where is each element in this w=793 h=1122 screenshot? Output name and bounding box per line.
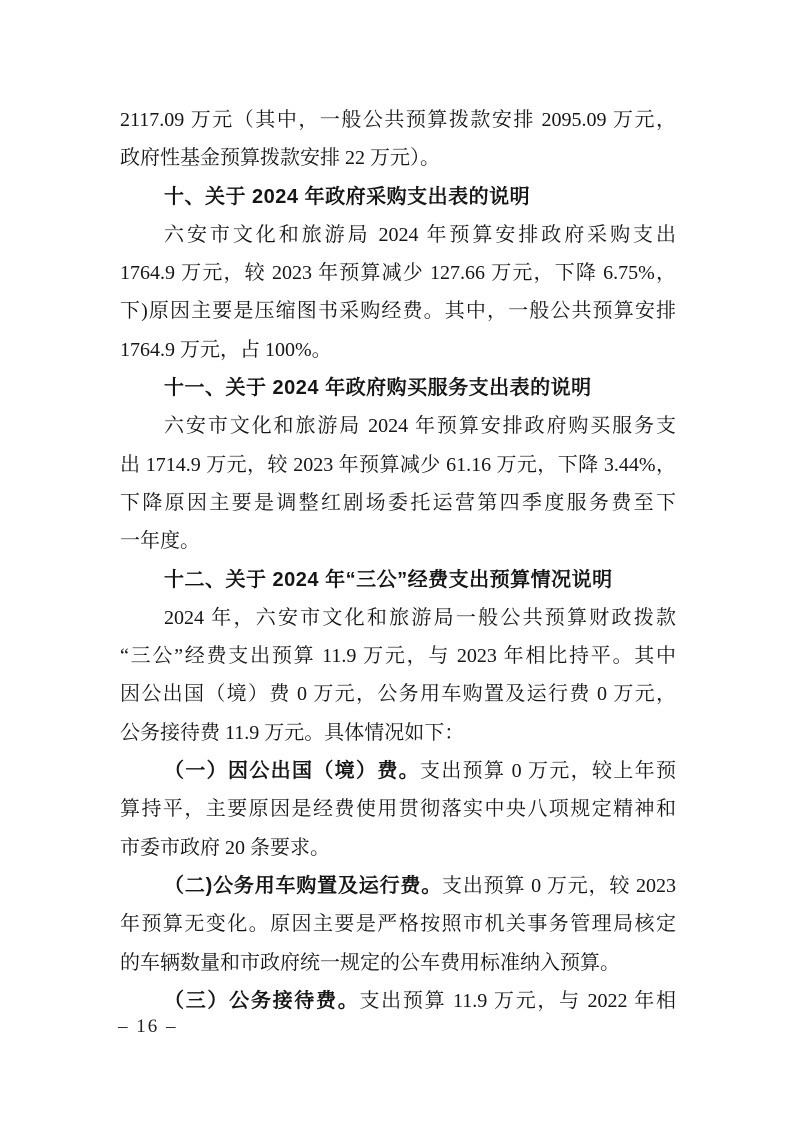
page-number: – 16 – [118,1012,178,1042]
text-line: 因公出国（境）费 0 万元，公务用车购置及运行费 0 万元， [120,675,676,713]
text-line: （三）公务接待费。支出预算 11.9 万元，与 2022 年相 [120,982,676,1020]
text-run: 支出预算 11.9 万元，与 2022 年相 [359,990,676,1012]
text-line: 政府性基金预算拨款安排 22 万元）。 [120,139,676,177]
text-line: 一年度。 [120,522,676,560]
section-heading: 十二、关于 2024 年“三公”经费支出预算情况说明 [120,561,676,599]
text-line: 下降原因主要是调整红剧场委托运营第四季度服务费至下 [120,484,676,522]
text-line: 六安市文化和旅游局 2024 年预算安排政府采购支出 [120,216,676,254]
document-page: 2117.09 万元（其中，一般公共预算拨款安排 2095.09 万元， 政府性… [0,0,793,1122]
text-line: “三公”经费支出预算 11.9 万元，与 2023 年相比持平。其中 [120,637,676,675]
subsection-lead: （二)公务用车购置及运行费。 [164,875,442,897]
text-line: 年预算无变化。原因主要是严格按照市机关事务管理局核定 [120,905,676,943]
text-line: 算持平，主要原因是经费使用贯彻落实中央八项规定精神和 [120,790,676,828]
text-line: 的车辆数量和市政府统一规定的公车费用标准纳入预算。 [120,944,676,982]
text-line: 下)原因主要是压缩图书采购经费。其中，一般公共预算安排 [120,292,676,330]
text-run: 支出预算 0 万元，较上年预 [420,760,676,782]
document-body: 2117.09 万元（其中，一般公共预算拨款安排 2095.09 万元， 政府性… [120,101,676,1020]
text-line: 2024 年，六安市文化和旅游局一般公共预算财政拨款 [120,599,676,637]
text-line: 出 1714.9 万元，较 2023 年预算减少 61.16 万元，下降 3.4… [120,446,676,484]
text-line: （二)公务用车购置及运行费。支出预算 0 万元，较 2023 [120,867,676,905]
subsection-lead: （一）因公出国（境）费。 [164,760,420,782]
text-line: （一）因公出国（境）费。支出预算 0 万元，较上年预 [120,752,676,790]
text-line: 1764.9 万元，较 2023 年预算减少 127.66 万元，下降 6.75… [120,254,676,292]
text-line: 1764.9 万元，占 100%。 [120,331,676,369]
text-line: 六安市文化和旅游局 2024 年预算安排政府购买服务支 [120,407,676,445]
text-line: 公务接待费 11.9 万元。具体情况如下： [120,714,676,752]
text-line: 市委市政府 20 条要求。 [120,829,676,867]
text-run: 支出预算 0 万元，较 2023 [442,875,676,897]
subsection-lead: （三）公务接待费。 [164,990,359,1012]
section-heading: 十一、关于 2024 年政府购买服务支出表的说明 [120,369,676,407]
text-line: 2117.09 万元（其中，一般公共预算拨款安排 2095.09 万元， [120,101,676,139]
section-heading: 十、关于 2024 年政府采购支出表的说明 [120,178,676,216]
